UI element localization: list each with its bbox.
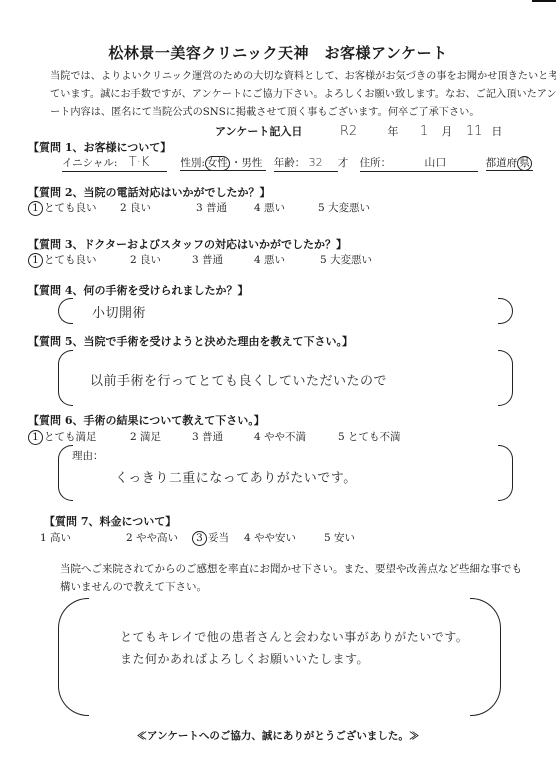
prefecture-label: 都道府: [486, 157, 518, 169]
prefecture-ken-selected[interactable]: 県: [517, 156, 532, 171]
q3-option-2[interactable]: 2 良い: [130, 252, 161, 267]
q7-option-4[interactable]: 4 やや安い: [244, 530, 296, 545]
age-label: 年齢：: [274, 157, 306, 169]
option-label: とても満足: [44, 431, 97, 443]
q3-option-1-selected[interactable]: 1とても良い: [28, 252, 97, 268]
initial-value: T·K: [129, 155, 150, 170]
q7-option-3-selected[interactable]: 3妥当: [192, 530, 229, 546]
q7-heading: 【質問 7、料金について】: [44, 513, 176, 529]
q2-option-5[interactable]: 5 大変悪い: [318, 200, 370, 215]
gender-label: 性別:: [180, 157, 205, 169]
q4-answer-field[interactable]: 小切開術: [92, 302, 146, 321]
option-label: とても良い: [44, 254, 97, 266]
date-day-field[interactable]: 11: [466, 124, 488, 139]
q5-heading: 【質問 5、当院で手術を受けようと決めた理由を教えて下さい。】: [28, 333, 353, 349]
year-label: 年: [387, 125, 398, 138]
q7-option-2[interactable]: 2 やや高い: [126, 530, 178, 545]
q6-reason-field[interactable]: くっきり二重になってありがたいです。: [115, 467, 357, 486]
date-era-field[interactable]: R2: [340, 124, 374, 139]
q6-option-1-selected[interactable]: 1とても満足: [28, 429, 97, 445]
q6-option-3[interactable]: 3 普通: [192, 429, 223, 444]
q3-heading: 【質問 3、ドクターおよびスタッフの対応はいかがでしたか？】: [28, 236, 347, 252]
q6-bracket-left: [58, 445, 73, 501]
q4-bracket-right: [498, 298, 513, 324]
date-month-field[interactable]: 1: [420, 124, 438, 139]
q2-option-1-selected[interactable]: 1とても良い: [28, 200, 97, 216]
address-value: 山口: [424, 156, 446, 169]
q6-option-5[interactable]: 5 とても不満: [338, 429, 401, 444]
q5-answer-field[interactable]: 以前手術を行ってとても良くしていただいたので: [90, 370, 387, 389]
survey-title: 松林景一美容クリニック天神 お客様アンケート: [0, 42, 556, 63]
selection-circle: 1: [28, 253, 43, 268]
comments-answer-line: また何かあればよろしくお願いいたします。: [120, 648, 468, 670]
intro-line: ート内容は、匿名にて当院公式のSNSに掲載させて頂く事もございます。何卒ご了承下…: [50, 104, 510, 122]
comments-bracket-right: [470, 598, 501, 716]
q5-bracket-right: [498, 350, 513, 406]
age-unit: 才: [338, 157, 349, 169]
q3-options: 1とても良い 2 良い 3 普通 4 悪い 5 大変悪い: [28, 252, 528, 268]
q4-bracket-left: [58, 298, 73, 324]
q3-option-3[interactable]: 3 普通: [192, 252, 223, 267]
selection-circle: 1: [28, 430, 43, 445]
q6-options: 1とても満足 2 満足 3 普通 4 やや不満 5 とても不満: [28, 429, 528, 445]
q3-option-4[interactable]: 4 悪い: [254, 252, 285, 267]
comments-prompt-line: 当院へご来院されてからのご感想を率直にお聞かせ下さい。また、要望や改善点など些細…: [60, 560, 522, 578]
address-label: 住所：: [360, 157, 392, 169]
q6-bracket-right: [498, 445, 513, 501]
q1-heading: 【質問 1、お客様について】: [28, 139, 171, 155]
option-label: とても良い: [44, 202, 97, 214]
q1-fields: イニシャル: T·K 性別:女性・男性 年齢： 32 才 住所： 山口 都道府県: [62, 154, 533, 172]
selection-circle: 1: [28, 201, 43, 216]
q6-heading: 【質問 6、手術の結果について教えて下さい。】: [28, 412, 265, 428]
q6-reason-label: 理由：: [72, 448, 104, 463]
intro-line: ています。誠にお手数ですが、アンケートにご協力下さい。よろしくお願い致します。な…: [50, 86, 510, 104]
q2-option-3[interactable]: 3 普通: [196, 200, 227, 215]
initial-label: イニシャル:: [62, 157, 117, 169]
comments-prompt: 当院へご来院されてからのご感想を率直にお聞かせ下さい。また、要望や改善点など些細…: [60, 560, 522, 596]
q7-options: 1 高い 2 やや高い 3妥当 4 やや安い 5 安い: [40, 530, 520, 546]
initial-field[interactable]: イニシャル: T·K: [62, 155, 167, 172]
gender-field[interactable]: 性別:女性・男性: [180, 157, 265, 171]
comments-answer-field[interactable]: とてもキレイで他の患者さんと会わない事がありがたいです。 また何かあればよろしく…: [120, 626, 468, 670]
q6-option-2[interactable]: 2 満足: [130, 429, 161, 444]
comments-prompt-line: 構いませんので教えて下さい。: [60, 578, 522, 596]
option-label: 妥当: [208, 532, 229, 544]
date-label: アンケート記入日: [215, 125, 302, 138]
thank-you-footer: ≪アンケートへのご協力、誠にありがとうございました。≫: [0, 728, 556, 743]
comments-bracket-left: [58, 598, 89, 716]
scan-edge-mark: [532, 0, 556, 2]
prefecture-type: 都道府県: [486, 157, 534, 171]
q3-option-5[interactable]: 5 大変悪い: [320, 252, 372, 267]
q2-option-4[interactable]: 4 悪い: [254, 200, 285, 215]
q2-option-2[interactable]: 2 良い: [120, 200, 151, 215]
selection-circle: 3: [192, 531, 207, 546]
q2-options: 1とても良い 2 良い 3 普通 4 悪い 5 大変悪い: [28, 200, 528, 216]
survey-date-line: アンケート記入日 R2 年 1 月 11 日: [215, 123, 502, 139]
q5-bracket-left: [58, 350, 73, 406]
gender-male-option[interactable]: 男性: [241, 157, 262, 169]
comments-answer-line: とてもキレイで他の患者さんと会わない事がありがたいです。: [120, 626, 468, 648]
intro-line: 当院では、よりよいクリニック運営のための大切な資料として、お客様がお気づきの事を…: [50, 68, 510, 86]
age-field[interactable]: 年齢： 32: [274, 155, 338, 172]
gender-female-option-selected[interactable]: 女性: [205, 156, 230, 171]
q6-option-4[interactable]: 4 やや不満: [254, 429, 306, 444]
q7-option-5[interactable]: 5 安い: [324, 530, 355, 545]
q7-option-1[interactable]: 1 高い: [40, 530, 71, 545]
gender-separator: ・: [231, 157, 242, 169]
q2-heading: 【質問 2、当院の電話対応はいかがでしたか？】: [28, 184, 270, 200]
q4-heading: 【質問 4、何の手術を受けられましたか？】: [28, 282, 248, 298]
day-label: 日: [491, 125, 502, 138]
month-label: 月: [441, 125, 452, 138]
intro-paragraph: 当院では、よりよいクリニック運営のための大切な資料として、お客様がお気づきの事を…: [50, 68, 510, 122]
age-value: 32: [309, 156, 323, 169]
address-field[interactable]: 住所： 山口: [360, 154, 478, 172]
